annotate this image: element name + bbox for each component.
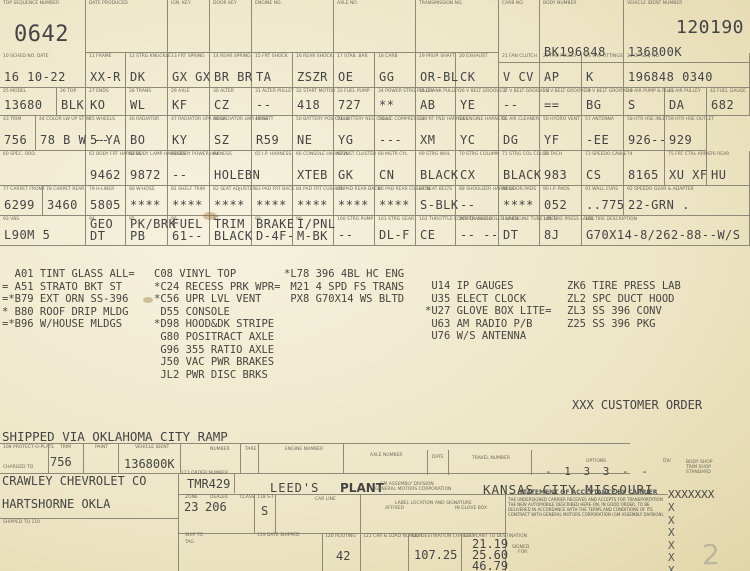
code-value: BLACK [503,168,542,182]
code-value: DT [503,228,518,242]
label: 111 Order Number [181,471,228,476]
label: Shipped To 110 [3,520,40,525]
code-value: OR-BL [420,70,459,84]
label: Tare [245,447,256,452]
code-cell-82: 82 Seat Adjuster**** [210,186,252,216]
code-value: 8165 [628,168,659,182]
code-cell-69: 69 Strg WhlBLACK [416,151,456,186]
code-value: **** [338,198,369,212]
code-label: 100 Strg Pump [337,217,373,222]
code-label: 69 Strg Whl [419,152,450,157]
label: In Glove Box [455,506,487,511]
code-value: CK [460,70,475,84]
code-label: 17 Stab. Bar [337,54,368,59]
code-cell-18: 18 CarbGG [375,53,416,88]
code-cell-22: 22 Fan PulleyAP [540,53,582,88]
label: Affixed [385,506,404,511]
code-value: 22-GRN . [628,198,690,212]
stain [203,212,217,220]
code-label: 43 Trim [3,117,21,122]
code-cell-88: 88 Shoulder Harness-- [456,186,499,216]
code-label: 59 Htr Hse Outlet [668,117,714,122]
label: Ship To [185,533,203,538]
dealer-city: HARTSHORNE OKLA [2,497,110,511]
code-value: HU [711,168,726,182]
code-value: 727 [338,98,361,112]
code-value: XM [420,133,435,147]
label: Date [432,455,444,460]
code-value: **** [130,198,161,212]
transmission-no-cell: Transmission No. [416,0,499,53]
code-label: 11 Frame [89,54,112,59]
code-label: 20 Exhaust [459,54,487,59]
code-value: KY [172,133,187,147]
code-value: 682 [711,98,734,112]
code-value: 3460 [47,198,78,212]
ign-key-cell: Ign. Key [168,0,210,53]
code-cell-89: 89 Door Pads**** [499,186,540,216]
code-value: XU XF [669,168,708,182]
code-cell-46: 46 RadiatorBO [126,116,168,151]
label: Vehicle Ident [135,445,169,450]
x-header: XXXXXXX [668,488,714,501]
x-mark: X [668,502,675,515]
code-label: 77 Carpet Front [3,187,45,192]
code-value: YC [460,133,475,147]
code-cell-30: 30 AlterCZ [210,88,252,116]
x-mark: X [668,527,675,540]
label: For [518,550,527,555]
code-label: 60 Spec. Ord. [3,152,36,157]
code-cell-80: 80 W-Hose**** [126,186,168,216]
code-value: GX GX [172,70,211,84]
code-cell-61: 61 Body Frt Harness9462 [86,151,126,186]
code-cell-59: 59 Htr Hse Outlet929 [665,116,707,151]
legend-standard: Standard [686,470,712,475]
code-label: 93 Vbs [3,217,19,222]
code-cell-93: 93 VbsL90M 5 [0,216,86,246]
code-value: 13680 [4,98,43,112]
code-cell-24: 24 CP Seq No.196848 0340 [624,53,750,88]
code-cell-87: 87 Seat BeltsS-BLK [416,186,456,216]
code-label: 90 I.P. Pads [543,187,570,192]
code-value: -- [460,198,475,212]
code-cell-26: 26 TopBLK [57,88,86,116]
code-cell-85: 85 Pad Rear Back**** [334,186,375,216]
label: Options [586,459,606,464]
code-cell-42: 42 Fuel Gauge682 [707,88,750,116]
code-cell-60: 60 Spec. Ord. [0,151,86,186]
code-label: 68 Mstr Cyl [378,152,408,157]
code-cell-66: 66 Console HarnessXTEB [293,151,334,186]
code-cell-77: 77 Carpet Front6299 [0,186,43,216]
code-value: YF [544,133,559,147]
code-cell-29: 29 AxleKF [168,88,210,116]
code-value: WL [130,98,145,112]
code-label: 19 Prop. Shaft [419,54,455,59]
code-cell-76: 76 RearHU [707,151,750,186]
label: 120 Routing [325,534,356,539]
code-label: 25 Model [3,89,26,94]
code-cell-28: 28 TransWL [126,88,168,116]
label: Ign. Key [171,1,191,6]
code-value: **** [503,198,534,212]
label: Top Sequence Number [3,1,59,6]
customer-order-note: XXX CUSTOMER ORDER [572,398,702,412]
code-label: 23 Vac Fittings [585,54,623,59]
code-label: 85 Pad Rear Back [337,187,380,192]
code-label: 46 Radiator [129,117,159,122]
code-label: 32 Start Motor [296,89,335,94]
code-cell-95: 95 PK/BRK PB [126,216,168,246]
code-cell-13: 13 Frt SpringGX GX [168,53,210,88]
order-number: TMR429 [187,477,230,491]
code-value: L90M 5 [4,228,50,242]
code-label: 49 Batt [255,117,273,122]
label: Body Number [543,1,577,6]
ship-trim: 756 [50,455,72,469]
code-label: 101 Strg Gear [378,217,414,222]
code-label: 65 I.P. Harness [255,152,291,157]
code-label: 28 Trans [129,89,151,94]
code-value: 926-- [628,133,667,147]
code-cell-56: 56 Hydro VentYF [540,116,582,151]
label: Date Produced [89,1,128,6]
code-value: -- [503,98,518,112]
code-cell-75: 75 Frt Ctrl ArmsXU XF [665,151,707,186]
code-cell-106: 106 Tire DescriptionG70X14-8/262-88--W/S [582,216,750,246]
label: Carb No. [502,1,524,6]
code-value: DA [669,98,684,112]
code-value: TRIM BLACK [214,218,253,242]
code-label: 87 Seat Belts [419,187,452,192]
code-value: DG [503,133,518,147]
x-mark: X [668,565,675,571]
code-value: 5805 [90,198,121,212]
statement-title: STATEMENT OF ACCEPTANCE BY CARRIER [508,490,668,495]
code-value: 9872 [130,168,161,182]
code-cell-51: 51 Battery Neg CableYG [334,116,375,151]
build-sheet: Top Sequence Number 0642 Date Produced I… [0,0,750,571]
code-value: SZ [214,133,229,147]
code-label: 44 Color LW UP ST W [39,117,90,122]
code-value: BLK [61,98,84,112]
label: Tag [185,540,194,545]
code-value: BO [130,133,145,147]
label: Door Key [213,1,237,6]
code-value: XX-R [90,70,121,84]
code-cell-65: 65 I.P. Harness [252,151,293,186]
code-label: 75 Frt Ctrl Arms [668,152,711,157]
zone: 23 [184,500,198,514]
code-value: CE [420,228,435,242]
options-col-4: U14 IP GAUGES U35 ELECT CLOCK *U27 GLOVE… [425,280,551,343]
code-cell-47: 47 Radiator Upr HoseKY [168,116,210,151]
code-value: **** [256,198,287,212]
code-label: 26 Top [60,89,76,94]
top-sequence-number: 0642 [14,22,69,47]
code-label: 81 Shelf Trim [171,187,205,192]
code-value: CX [460,168,475,182]
code-value: GK [338,168,353,182]
code-value: CZ [214,98,229,112]
routing: 42 [336,549,350,563]
code-cell-68: 68 Mstr CylCN [375,151,416,186]
code-cell-90: 90 I.P. Pads052 [540,186,582,216]
code-cell-36: 36 V Belt Groove 1YE [456,88,499,116]
code-value: 983 [544,168,567,182]
code-cell-31: 31 Alter Pulley-- [252,88,293,116]
code-cell-32: 32 Start Motor418 [293,88,334,116]
label: Div [663,459,671,464]
code-cell-105: 105 Tire Press Label8J [540,216,582,246]
code-label: 30 Alter [213,89,234,94]
options-col-2: C08 VINYL TOP *C24 RECESS PRK WPR= *C56 … [154,268,280,381]
options-col-3: *L78 396 4BL HC ENG M21 4 SPD FS TRANS P… [284,268,404,306]
code-cell-53: 53 Frt Fnd HarnessXM [416,116,456,151]
code-value: S [628,98,636,112]
code-label: 42 Fuel Gauge [710,89,746,94]
code-label: 106 Tire Description [585,217,637,222]
code-label: 16 Rear Shock [296,54,333,59]
code-value: CS [586,168,601,182]
options-col-5: ZK6 TIRE PRESS LAB ZL2 SPC DUCT HOOD ZL3… [567,280,681,330]
code-value: BG [586,98,601,112]
code-label: 55 Air Cleaner [502,117,539,122]
plant-name: LEED'S [270,481,319,495]
code-value: K [586,70,594,84]
code-cell-43: 43 Trim756 [0,116,36,151]
code-cell-20: 20 ExhaustCK [456,53,499,88]
code-cell-100: 100 Strg Pump-- [334,216,375,246]
code-label: 13 Frt Spring [171,54,205,59]
code-value: 756 [4,133,27,147]
code-value: R59 [256,133,279,147]
code-value: 052 [544,198,567,212]
code-value: AB [420,98,435,112]
code-cell-34: 34 Power Strg Pulley** [375,88,416,116]
code-cell-86: 86 Pad Rear Cushion**** [375,186,416,216]
code-value: ZSZR [297,70,328,84]
code-cell-40: 40 Air Pump & PlugS [624,88,665,116]
code-value: **** [172,198,203,212]
door-key-cell: Door Key [210,0,252,53]
code-cell-84: 84 Pad Frt Cushion**** [293,186,334,216]
code-label: 24 CP Seq No. [627,54,660,59]
code-value: 16 10-22 [4,70,66,84]
label: Class [240,495,255,500]
code-value: **** [297,198,328,212]
axle-no-cell: Axle No. [334,0,416,53]
code-value: **** [214,198,245,212]
code-cell-48: 48 Radiator Lwr HoseSZ [210,116,252,151]
code-value: DK [130,70,145,84]
label: Axle Number [370,453,403,458]
code-cell-62: 62 Body Lamp Harness9872 [126,151,168,186]
code-cell-16: 16 Rear ShockZSZR [293,53,334,88]
code-cell-17: 17 Stab. BarOE [334,53,375,88]
code-value: -EE [586,133,609,147]
code-value: == [544,98,559,112]
code-cell-83: 83 Pad Frt Back**** [252,186,293,216]
code-cell-33: 33 Fuel Pump727 [334,88,375,116]
x-column: XXXXXX [668,502,675,571]
code-value: GG [379,70,394,84]
label: Axle No. [337,1,358,6]
code-cell-74: 74 8165 [624,151,665,186]
code-cell-14: 14 Rear SpringBR BR [210,53,252,88]
code-value: BRAKE D-4F- [256,218,295,242]
code-cell-94: 94 GEO DT [86,216,126,246]
code-cell-92: 92 Speedo Gear & Adapter22-GRN . [624,186,750,216]
label: Trim [60,445,71,450]
code-cell-71: 71 Strg Col ColorBLACK [499,151,540,186]
label: Paint [95,445,108,450]
code-label: 41 Air Pulley [668,89,701,94]
label: Engine No. [255,1,282,6]
code-value: ** [379,98,394,112]
shop-legend: Body Shop Trim Shop Standard [686,460,712,475]
date-produced-cell: Date Produced [86,0,168,53]
code-cell-41: 41 Air PulleyDA [665,88,707,116]
label: Engine Number [285,447,323,452]
label: Travel Number [472,456,510,461]
label: Transmission No. [419,1,463,6]
code-value: KO [90,98,105,112]
code-cell-35: 35 Crank PulleyAB [416,88,456,116]
stain [143,297,153,303]
code-label: 45 Wheels [89,117,115,122]
code-label: 64 [213,152,219,157]
code-label: 89 Door Pads [502,187,536,192]
code-cell-37: 37 V Belt Groove 2-- [499,88,540,116]
code-value: V CV [503,70,534,84]
code-cell-67: 67 Inst ClusterGK [334,151,375,186]
code-value: **** [379,198,410,212]
code-cell-78: 78 Carpet Rear3460 [43,186,86,216]
label: 118 S-T [257,495,274,500]
code-value: 418 [297,98,320,112]
code-value: 8J [544,228,559,242]
code-label: 82 Seat Adjuster [213,187,256,192]
dealer-name: CRAWLEY CHEVROLET CO [2,474,147,488]
tib: S [261,504,268,518]
code-value: GEO DT [90,218,113,242]
shipped-via: SHIPPED VIA OKLAHOMA CITY RAMP [2,429,228,444]
code-cell-104: 104 Engine Tube LinesDT [499,216,540,246]
code-cell-52: 52 A/C Compressor--- [375,116,416,151]
code-cell-72: 72 Tach983 [540,151,582,186]
code-cell-97: 97 TRIM BLACK [210,216,252,246]
code-cell-10: 10 Sched No. Date16 10-22 [0,53,86,88]
code-value: BR BR [214,70,253,84]
code-cell-57: 57 Antenna-EE [582,116,624,151]
code-label: 58 Htr Hse Inlet [627,117,668,122]
code-value: NE [297,133,312,147]
ship-vehicle-ident: 136800K [124,457,175,471]
code-label: 14 Rear Spring [213,54,251,59]
code-label: 72 Tach [543,152,562,157]
code-value: AP [544,70,559,84]
code-value: 929 [669,133,692,147]
code-label: 15 Frt Shock [255,54,288,59]
code-label: 56 Hydro Vent [543,117,580,122]
code-cell-49: 49 BattR59 [252,116,293,151]
code-value: S-BLK [420,198,459,212]
code-cell-55: 55 Air CleanerDG [499,116,540,151]
code-value: KF [172,98,187,112]
code-value: -- [172,168,187,182]
code-cell-25: 25 Model13680 [0,88,57,116]
code-label: 29 Axle [171,89,190,94]
code-cell-39: 39 V Belt Groove 4BG [582,88,624,116]
code-cell-50: 50 Battery Pos CableNE [293,116,334,151]
code-label: 12 Strg Knuckle [129,54,171,59]
code-value: XTEB [297,168,328,182]
carrier-statement: STATEMENT OF ACCEPTANCE BY CARRIER THE U… [508,490,668,517]
code-label: 83 Pad Frt Back [255,187,294,192]
code-value: CN [379,168,394,182]
code-cell-27: 27 EndsKO [86,88,126,116]
code-value: YE [460,98,475,112]
code-cell-11: 11 FrameXX-R [86,53,126,88]
code-cell-102: 102 Throttle Control CableCE [416,216,456,246]
code-cell-91: 91 Wall Cvrs..775 [582,186,624,216]
code-value: 196848 0340 [628,70,713,84]
code-cell-58: 58 Htr Hse Inlet926-- [624,116,665,151]
code-cell-98: 98 BRAKE D-4F- [252,216,293,246]
code-cell-81: 81 Shelf Trim**** [168,186,210,216]
code-cell-44: 44 Color LW UP ST W78 B W -- [36,116,86,151]
code-label: 67 Inst Cluster [337,152,376,157]
code-label: 27 Ends [89,89,109,94]
code-cell-73: 73 Speedo CableCS [582,151,624,186]
code-label: 78 Carpet Rear [46,187,84,192]
label: 119 Date Shipped [257,533,299,538]
code-label: 70 Strg Column [459,152,499,157]
code-value: I/PNL M-BK [297,218,336,242]
x-mark: X [668,552,675,565]
code-cell-64: 64 HOLEBN [210,151,252,186]
code-label: 91 Wall Cvrs [585,187,618,192]
code-cell-19: 19 Prop. ShaftOR-BL [416,53,456,88]
code-label: 76 Rear [710,152,729,157]
destination-charges: 107.25 [414,548,457,562]
code-label: 73 Speedo Cable [585,152,627,157]
code-label: 31 Alter Pulley [255,89,294,94]
label: General Motors Corporation [375,487,451,492]
label: Charged To [3,465,33,470]
code-cell-12: 12 Strg KnuckleDK [126,53,168,88]
code-cell-45: 45 Wheels5-YA [86,116,126,151]
charge-3: 46.79 [472,561,508,571]
code-value: -- -- [460,228,499,242]
code-label: 74 [627,152,633,157]
plant-to-dest-values: 21.19 25.60 46.79 [472,539,508,571]
code-cell-54: 54 Engine HarnessYC [456,116,499,151]
code-value: FUEL 61-- [172,218,203,242]
code-cell-63: 63 Body Power Harness-- [168,151,210,186]
code-cell-99: 99 I/PNL M-BK [293,216,334,246]
label: Car Line [315,497,336,502]
code-label: 18 Carb [378,54,398,59]
options-col-1: A01 TINT GLASS ALL= = A51 STRATO BKT ST … [2,268,135,331]
code-label: 22 Fan Pulley [543,54,577,59]
code-cell-103: 103 Trans Cooler Lines-- -- [456,216,499,246]
code-value: 9462 [90,168,121,182]
code-value: TA [256,70,271,84]
statement-body: THE UNDERSIGNED CARRIER RECEIVES AND ACC… [508,497,664,517]
